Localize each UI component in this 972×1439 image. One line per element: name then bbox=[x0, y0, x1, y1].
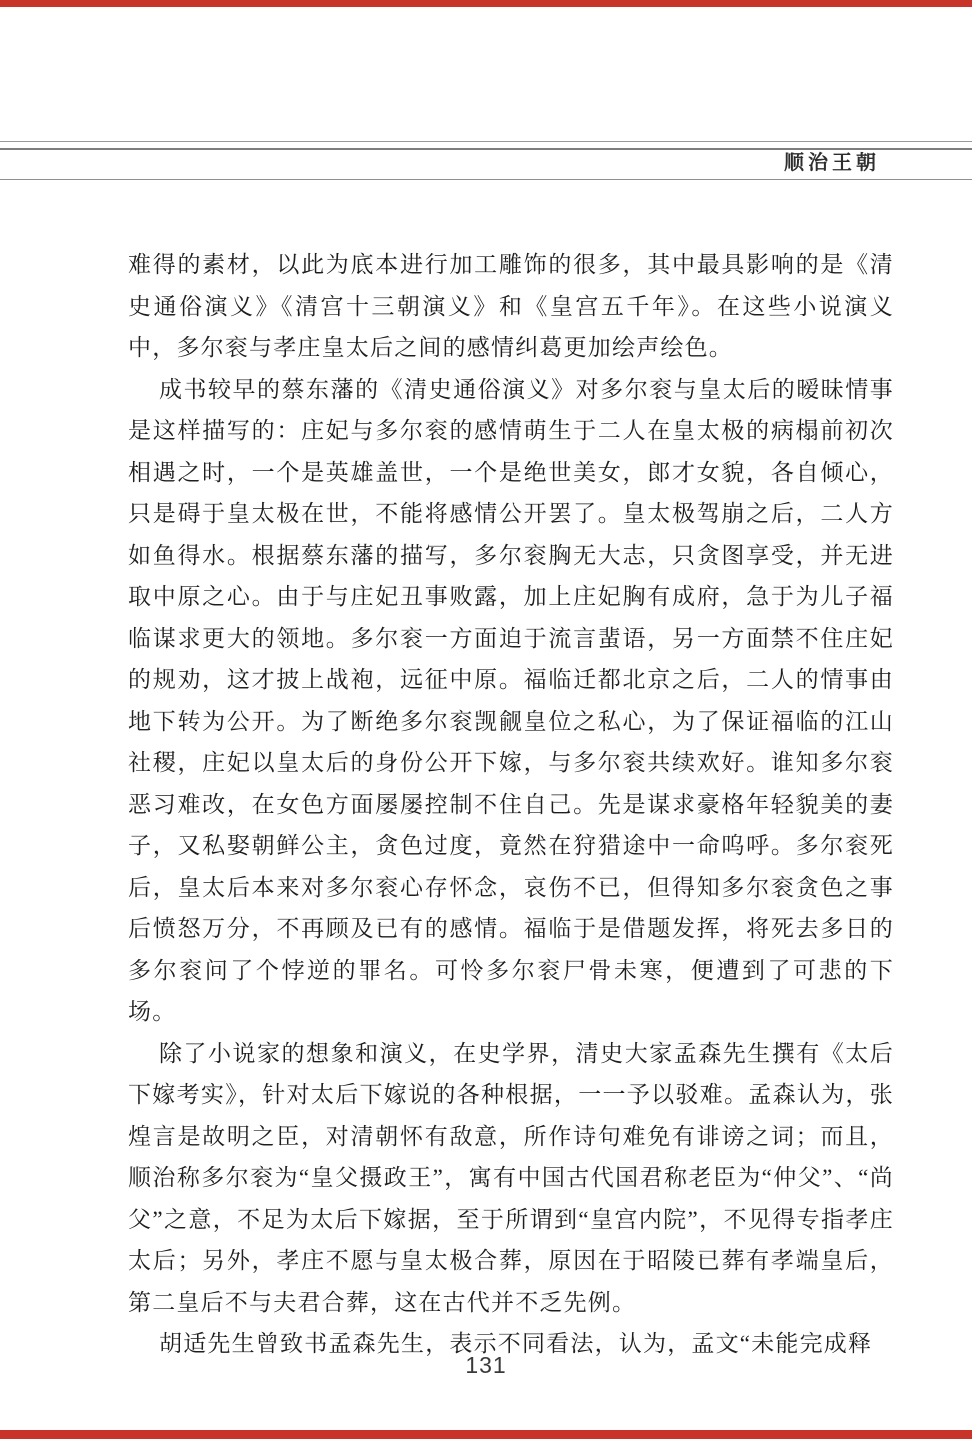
paragraph-meng-sen-refutation: 除了小说家的想象和演义，在史学界，清史大家孟森先生撰有《太后下嫁考实》，针对太后… bbox=[128, 1033, 894, 1324]
body-text-block: 难得的素材，以此为底本进行加工雕饰的很多，其中最具影响的是《清史通俗演义》《清宫… bbox=[128, 244, 894, 1365]
paragraph-continuation: 难得的素材，以此为底本进行加工雕饰的很多，其中最具影响的是《清史通俗演义》《清宫… bbox=[128, 244, 894, 369]
book-page: { "header": { "running_title": "顺治王朝" },… bbox=[0, 0, 972, 1439]
page-top-edge-bar bbox=[0, 0, 972, 7]
header-rule-bottom bbox=[0, 179, 972, 180]
page-bottom-edge-bar bbox=[0, 1430, 972, 1439]
paragraph-cai-dongfan-novel: 成书较早的蔡东藩的《清史通俗演义》对多尔衮与皇太后的暧昧情事是这样描写的：庄妃与… bbox=[128, 369, 894, 1033]
running-title: 顺治王朝 bbox=[784, 151, 880, 175]
header-rule-lower bbox=[0, 148, 972, 150]
page-number: 131 bbox=[0, 1352, 972, 1379]
header-rule-upper bbox=[0, 141, 972, 142]
